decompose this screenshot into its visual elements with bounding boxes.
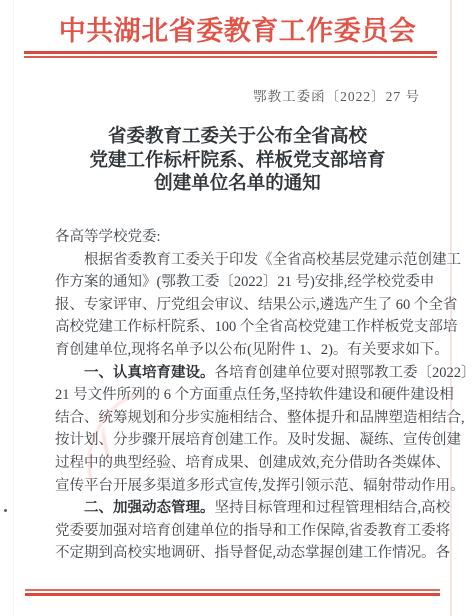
section2-line-2: 党委要加强对培育创建单位的指导和工作保障,省委教育工委将 xyxy=(55,520,428,543)
section1-first-line-rest: 各培育创建单位要对照鄂教工委〔2022〕 xyxy=(215,365,475,381)
para1-line-1: 根据省委教育工委关于印发《全省高校基层党建示范创建工 xyxy=(55,249,428,272)
scan-edge-left xyxy=(13,0,14,616)
document-number: 鄂教工委函〔2022〕27 号 xyxy=(253,85,420,105)
section1-line-2: 21 号文件所列的 6 个方面重点任务,坚持软件建设和硬件建设相 xyxy=(55,384,428,407)
section2-line-3: 不定期到高校实地调研、指导督促,动态掌握创建工作情况。各 xyxy=(55,542,428,565)
footer-rule xyxy=(25,589,440,596)
section2-heading: 二、加强动态管理。 xyxy=(84,500,215,516)
document-title: 省委教育工委关于公布全省高校 党建工作标杆院系、样板党支部培育 创建单位名单的通… xyxy=(0,126,475,197)
section1-line-5: 过程中的典型经验、培育成果、创建成效,充分借助各类媒体、 xyxy=(55,452,428,475)
letterhead-org-name: 中共湖北省委教育工作委员会 xyxy=(0,9,475,48)
section1-line-3: 结合、统筹规划和分步实施相结合、整体提升和品牌塑造相结合, xyxy=(55,407,428,430)
footer-rule-thick xyxy=(25,593,440,596)
section1-first-line: 一、认真培育建设。各培育创建单位要对照鄂教工委〔2022〕 xyxy=(55,362,428,385)
section1-heading: 一、认真培育建设。 xyxy=(84,365,215,381)
section1-line-4: 按计划、分步骤开展培育创建工作。及时发掘、凝练、宣传创建 xyxy=(55,429,428,452)
title-line-2: 党建工作标杆院系、样板党支部培育 xyxy=(0,150,475,174)
para1-line-3: 报、专家评审、厅党组会审议、结果公示,遴选产生了 60 个全省 xyxy=(55,294,428,317)
para1-line-2: 作方案的通知》(鄂教工委〔2022〕21 号)安排,经学校党委申 xyxy=(55,271,428,294)
document-page: 中共湖北省委教育工作委员会 鄂教工委函〔2022〕27 号 省委教育工委关于公布… xyxy=(0,0,475,616)
scan-edge-right xyxy=(450,0,452,616)
letterhead-rule-thin xyxy=(24,56,437,58)
para1-line-5: 育创建单位,现将名单予以公布(见附件 1、2)。有关要求如下。 xyxy=(55,339,428,362)
title-line-3: 创建单位名单的通知 xyxy=(0,173,475,197)
title-line-1: 省委教育工委关于公布全省高校 xyxy=(0,126,475,150)
letterhead-rule xyxy=(24,51,437,58)
section1-line-6: 宣传平台开展多渠道多形式宣传,发挥引领示范、辐射带动作用。 xyxy=(55,475,428,498)
salutation: 各高等学校党委: xyxy=(55,226,428,249)
para1-line-4: 高校党建工作标杆院系、100 个全省高校党建工作样板党支部培 xyxy=(55,316,428,339)
document-body: 各高等学校党委: 根据省委教育工委关于印发《全省高校基层党建示范创建工 作方案的… xyxy=(55,226,428,565)
section2-first-line-rest: 坚持目标管理和过程管理相结合,高校 xyxy=(215,500,451,516)
scan-speck xyxy=(4,509,7,512)
section2-first-line: 二、加强动态管理。坚持目标管理和过程管理相结合,高校 xyxy=(55,497,428,520)
